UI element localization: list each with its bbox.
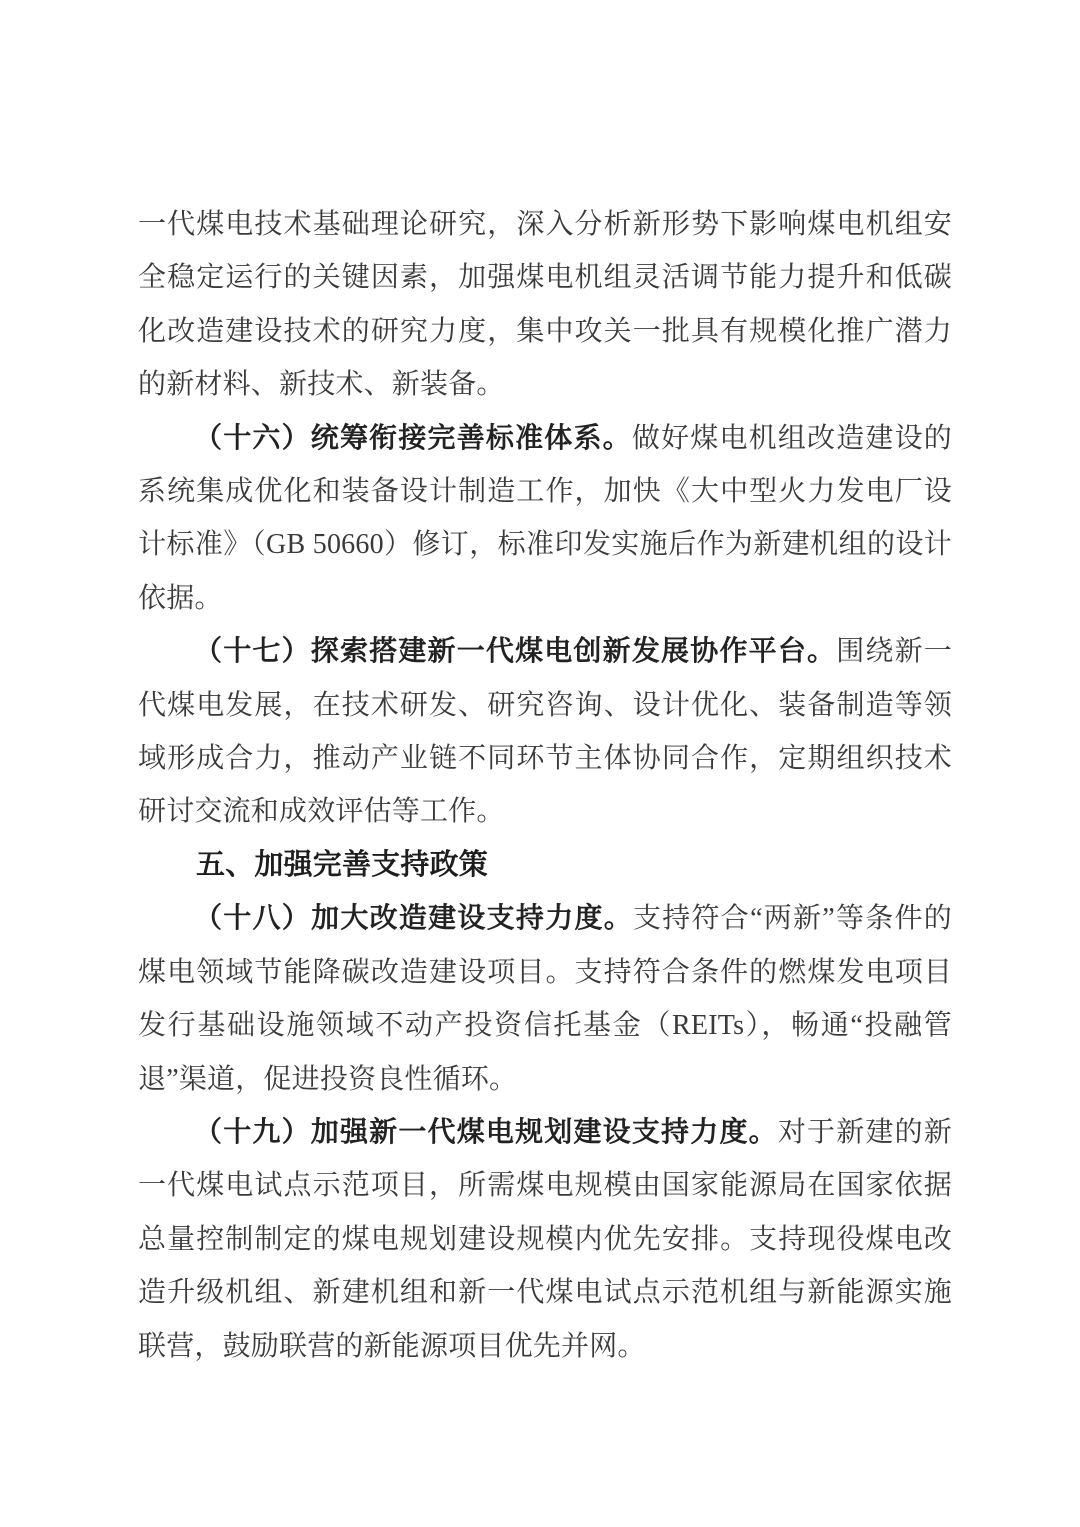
paragraph-continuation: 一代煤电技术基础理论研究，深入分析新形势下影响煤电机组安全稳定运行的关键因素，加… <box>138 198 952 412</box>
section-heading-text: 五、加强完善支持政策 <box>196 849 488 881</box>
paragraph-clause-19: （十九）加强新一代煤电规划建设支持力度。对于新建的新一代煤电试点示范项目，所需煤… <box>138 1106 952 1373</box>
clause-18-lead: （十八）加大改造建设支持力度。 <box>194 903 633 934</box>
paragraph-text: 一代煤电技术基础理论研究，深入分析新形势下影响煤电机组安全稳定运行的关键因素，加… <box>138 209 952 400</box>
clause-17-lead: （十七）探索搭建新一代煤电创新发展协作平台。 <box>194 636 836 667</box>
clause-19-lead: （十九）加强新一代煤电规划建设支持力度。 <box>194 1117 778 1148</box>
paragraph-clause-16: （十六）统筹衔接完善标准体系。做好煤电机组改造建设的系统集成优化和装备设计制造工… <box>138 412 952 626</box>
clause-16-lead: （十六）统筹衔接完善标准体系。 <box>194 423 632 454</box>
clause-19-text: 对于新建的新一代煤电试点示范项目，所需煤电规模由国家能源局在国家依据总量控制制定… <box>138 1117 952 1362</box>
paragraph-clause-18: （十八）加大改造建设支持力度。支持符合“两新”等条件的煤电领域节能降碳改造建设项… <box>138 892 952 1106</box>
paragraph-clause-17: （十七）探索搭建新一代煤电创新发展协作平台。围绕新一代煤电发展，在技术研发、研究… <box>138 625 952 839</box>
section-heading: 五、加强完善支持政策 <box>138 839 952 892</box>
document-page: 一代煤电技术基础理论研究，深入分析新形势下影响煤电机组安全稳定运行的关键因素，加… <box>0 0 1080 1527</box>
document-body: 一代煤电技术基础理论研究，深入分析新形势下影响煤电机组安全稳定运行的关键因素，加… <box>138 198 952 1373</box>
